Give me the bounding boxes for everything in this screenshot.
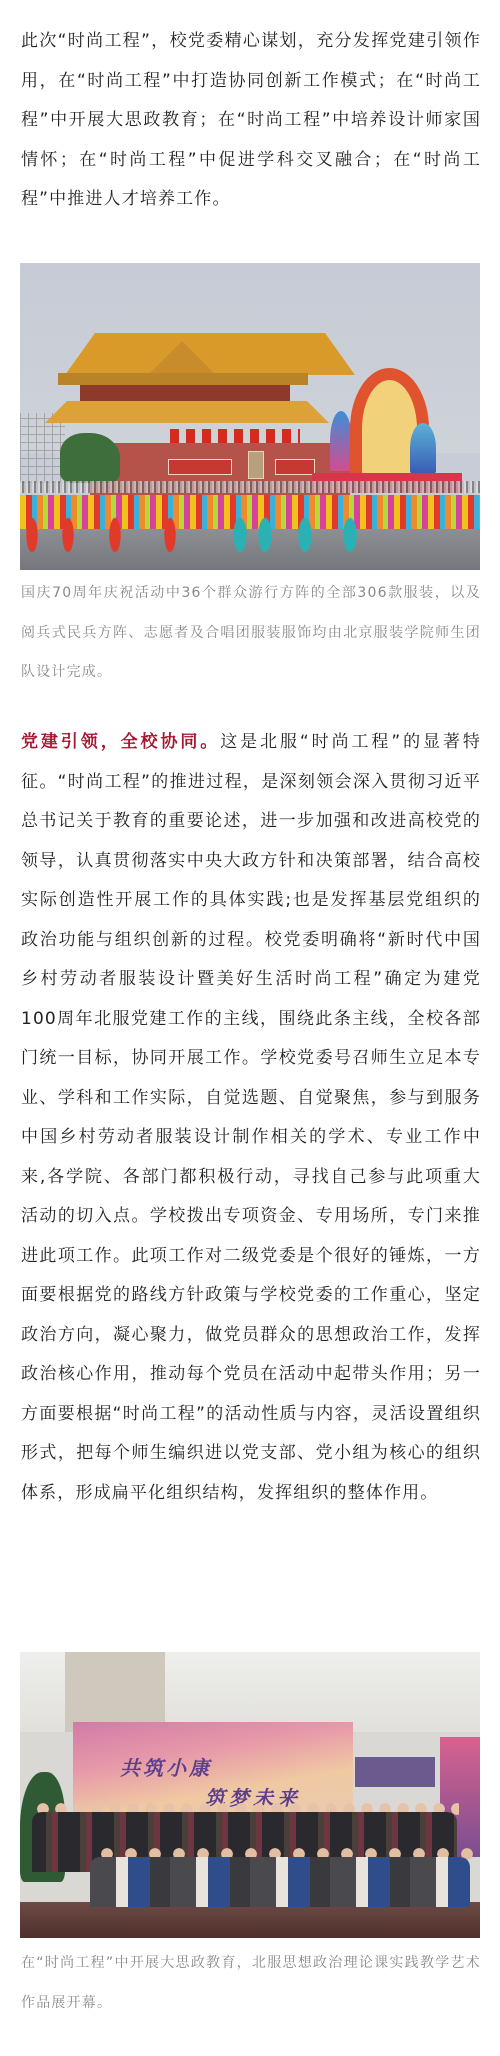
section-body: 这是北服“时尚工程”的显著特征。“时尚工程”的推进过程，是深刻领会深入贯彻习近平… <box>21 732 481 1503</box>
gate-lower-roof <box>45 401 329 423</box>
portrait <box>248 451 264 479</box>
stone-relief <box>65 1652 165 1732</box>
parade-photo <box>20 263 480 570</box>
section-lead: 党建引领，全校协同。 <box>21 732 220 752</box>
backdrop-title-1: 共筑小康 <box>120 1752 212 1781</box>
red-lanterns <box>170 429 300 443</box>
costumed-dancers <box>20 515 480 555</box>
intro-paragraph: 此次“时尚工程”，校党委精心谋划，充分发挥党建引领作用，在“时尚工程”中打造协同… <box>21 22 481 220</box>
gate-gable <box>150 341 214 373</box>
figure1-caption: 国庆70周年庆祝活动中36个群众游行方阵的全部306款服装，以及阅兵式民兵方阵、… <box>21 574 481 693</box>
gate-banner-left <box>168 459 232 475</box>
parade-float-left <box>330 411 352 471</box>
front-row-people <box>90 1857 470 1907</box>
group-photo: 共筑小康 筑梦未来 <box>20 1652 480 1938</box>
gate-eave <box>58 373 308 385</box>
side-banner <box>355 1757 435 1787</box>
spectator-crowd <box>20 481 480 493</box>
gate-banner-right <box>275 459 315 475</box>
tree <box>60 433 120 483</box>
floor <box>20 1902 480 1938</box>
figure2-caption: 在“时尚工程”中开展大思政教育，北服思想政治理论课实践教学艺术作品展开幕。 <box>21 1944 481 2023</box>
scaffold <box>20 413 65 483</box>
parade-float-right <box>410 423 436 473</box>
section-paragraph: 党建引领，全校协同。这是北服“时尚工程”的显著特征。“时尚工程”的推进过程，是深… <box>21 723 481 1513</box>
